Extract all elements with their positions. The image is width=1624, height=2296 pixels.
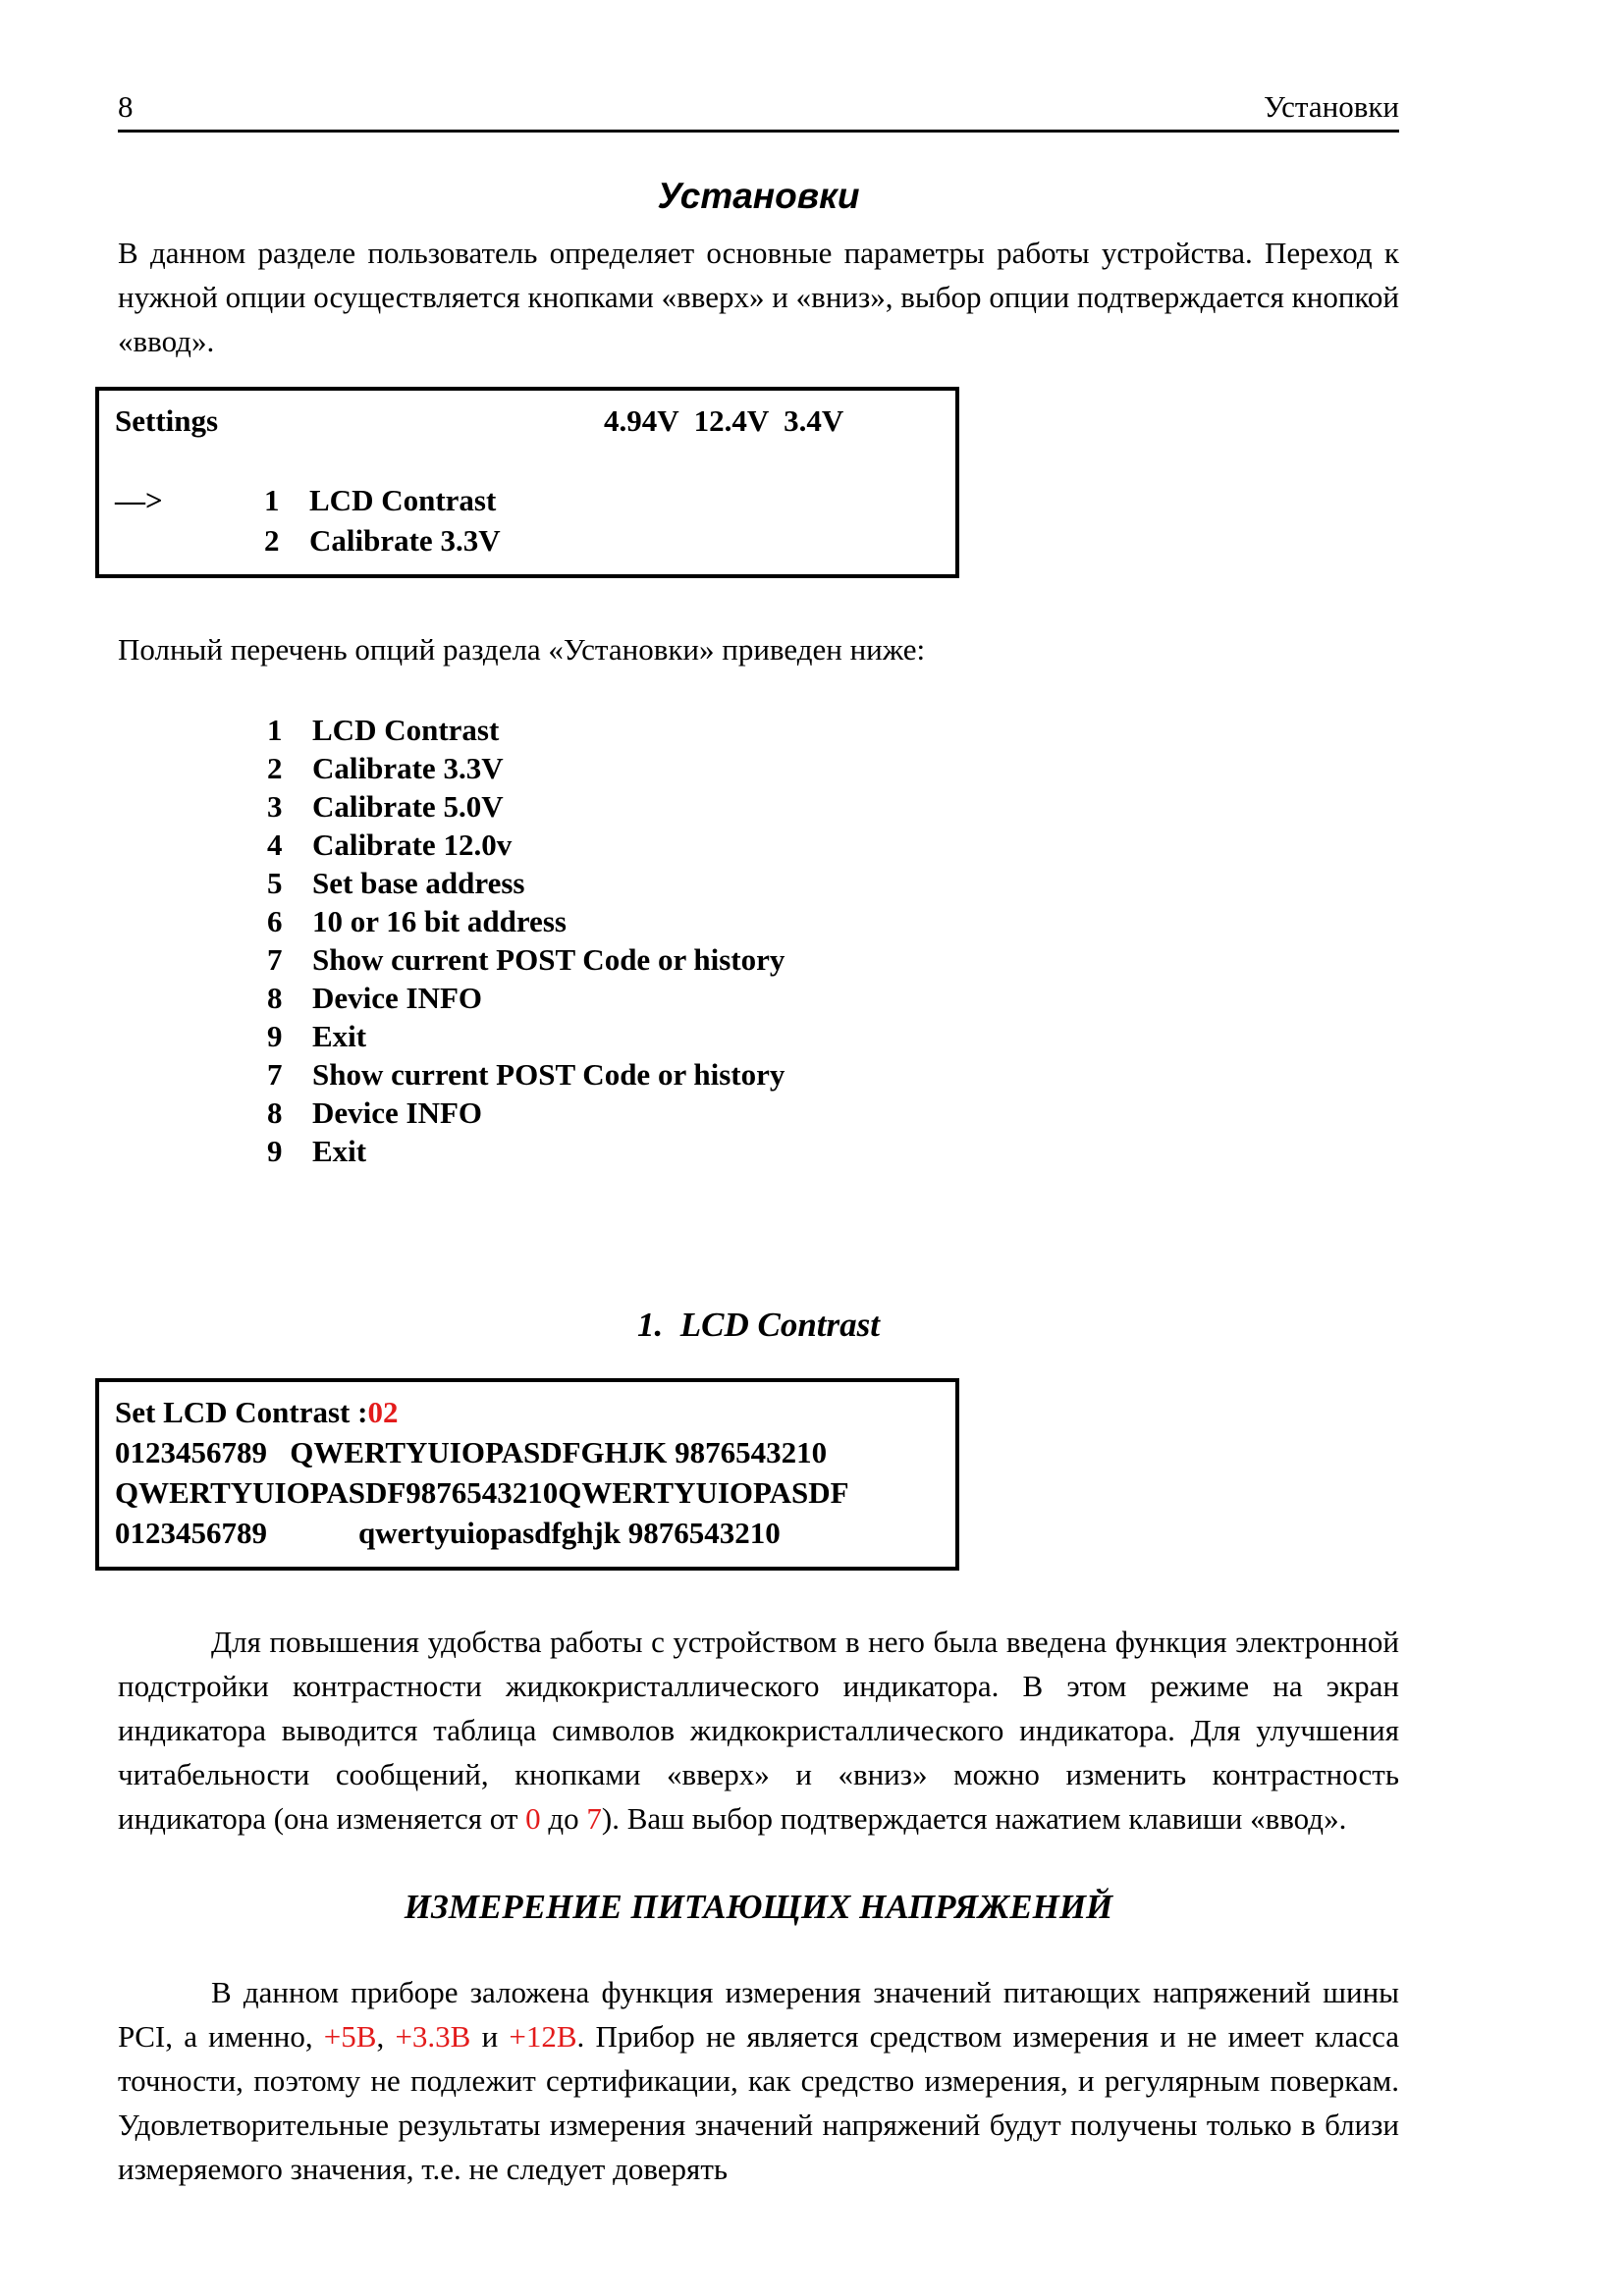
option-item: 3Calibrate 5.0V (267, 787, 1399, 826)
option-label: Set base address (312, 864, 524, 902)
option-number: 6 (267, 902, 312, 940)
option-number: 2 (267, 749, 312, 787)
menu-item-number: 2 (264, 520, 309, 561)
option-label: Calibrate 12.0v (312, 826, 512, 864)
voltage-3v3: +3.3В (395, 2019, 470, 2054)
paragraph-text: , (376, 2019, 395, 2054)
cursor-arrow: —> (115, 480, 264, 520)
lcd-charset-line: 0123456789 QWERTYUIOPASDFGHJK 9876543210 (115, 1432, 940, 1472)
settings-menu-row: —> 1 LCD Contrast (115, 480, 940, 520)
settings-screen-blank-line (115, 441, 940, 480)
option-number: 7 (267, 1055, 312, 1094)
lcd-charset-line: QWERTYUIOPASDF9876543210QWERTYUIOPASDF (115, 1472, 940, 1513)
option-label: Show current POST Code or history (312, 1055, 785, 1094)
option-number: 3 (267, 787, 312, 826)
option-item: 7Show current POST Code or history (267, 940, 1399, 979)
menu-item-label: Calibrate 3.3V (309, 520, 501, 561)
option-item: 8Device INFO (267, 1094, 1399, 1132)
settings-screen-header-row: Settings 4.94V 12.4V 3.4V (115, 400, 940, 441)
lcd-contrast-screen-box: Set LCD Contrast :02 0123456789 QWERTYUI… (95, 1378, 959, 1571)
lcd-contrast-label: Set LCD Contrast : (115, 1395, 367, 1429)
option-number: 5 (267, 864, 312, 902)
options-list: 1LCD Contrast 2Calibrate 3.3V 3Calibrate… (118, 711, 1399, 1170)
paragraph-text: ). Ваш выбор подтверждается нажатием кла… (602, 1801, 1346, 1836)
lcd-charset-line: 0123456789 qwertyuiopasdfghjk 9876543210 (115, 1513, 940, 1553)
contrast-min-value: 0 (525, 1801, 541, 1836)
document-page: 8 Установки Установки В данном разделе п… (0, 0, 1624, 2296)
option-item: 610 or 16 bit address (267, 902, 1399, 940)
paragraph-text: до (541, 1801, 587, 1836)
option-label: 10 or 16 bit address (312, 902, 567, 940)
option-item: 8Device INFO (267, 979, 1399, 1017)
option-item: 9Exit (267, 1132, 1399, 1170)
page-header: 8 Установки (118, 90, 1399, 133)
menu-item-number: 1 (264, 480, 309, 520)
section-title: Установки (118, 176, 1399, 217)
settings-screen-box: Settings 4.94V 12.4V 3.4V —> 1 LCD Contr… (95, 387, 959, 578)
option-item: 5Set base address (267, 864, 1399, 902)
paragraph-text: и (470, 2019, 509, 2054)
menu-item-label: LCD Contrast (309, 480, 496, 520)
option-label: Calibrate 3.3V (312, 749, 504, 787)
option-label: Device INFO (312, 1094, 482, 1132)
option-number: 8 (267, 1094, 312, 1132)
option-number: 9 (267, 1132, 312, 1170)
voltage-readouts: 4.94V 12.4V 3.4V (604, 400, 843, 441)
settings-screen-title: Settings (115, 400, 604, 441)
option-item: 9Exit (267, 1017, 1399, 1055)
option-label: LCD Contrast (312, 711, 499, 749)
option-item: 7Show current POST Code or history (267, 1055, 1399, 1094)
option-label: Exit (312, 1017, 366, 1055)
lcd-contrast-value: 02 (367, 1395, 398, 1429)
options-list-intro: Полный перечень опций раздела «Установки… (118, 627, 1399, 671)
page-number: 8 (118, 90, 134, 124)
voltage-measurement-paragraph: В данном приборе заложена функция измере… (118, 1970, 1399, 2191)
voltage-5v: +5В (324, 2019, 377, 2054)
option-item: 4Calibrate 12.0v (267, 826, 1399, 864)
option-label: Device INFO (312, 979, 482, 1017)
voltage-12v: +12В (509, 2019, 576, 2054)
option-number: 8 (267, 979, 312, 1017)
settings-menu-row: 2 Calibrate 3.3V (115, 520, 940, 561)
contrast-max-value: 7 (586, 1801, 602, 1836)
lcd-contrast-setting-line: Set LCD Contrast :02 (115, 1392, 940, 1432)
lcd-contrast-heading: 1. LCD Contrast (118, 1306, 1399, 1345)
option-label: Calibrate 5.0V (312, 787, 504, 826)
cursor-arrow-empty (115, 520, 264, 561)
option-label: Show current POST Code or history (312, 940, 785, 979)
option-number: 1 (267, 711, 312, 749)
running-head-section: Установки (1264, 90, 1399, 124)
voltage-measurement-heading: ИЗМЕРЕНИЕ ПИТАЮЩИХ НАПРЯЖЕНИЙ (118, 1888, 1399, 1927)
option-item: 1LCD Contrast (267, 711, 1399, 749)
option-item: 2Calibrate 3.3V (267, 749, 1399, 787)
option-number: 9 (267, 1017, 312, 1055)
option-number: 7 (267, 940, 312, 979)
option-label: Exit (312, 1132, 366, 1170)
lcd-contrast-paragraph: Для повышения удобства работы с устройст… (118, 1620, 1399, 1841)
option-number: 4 (267, 826, 312, 864)
intro-paragraph: В данном разделе пользователь определяет… (118, 231, 1399, 363)
